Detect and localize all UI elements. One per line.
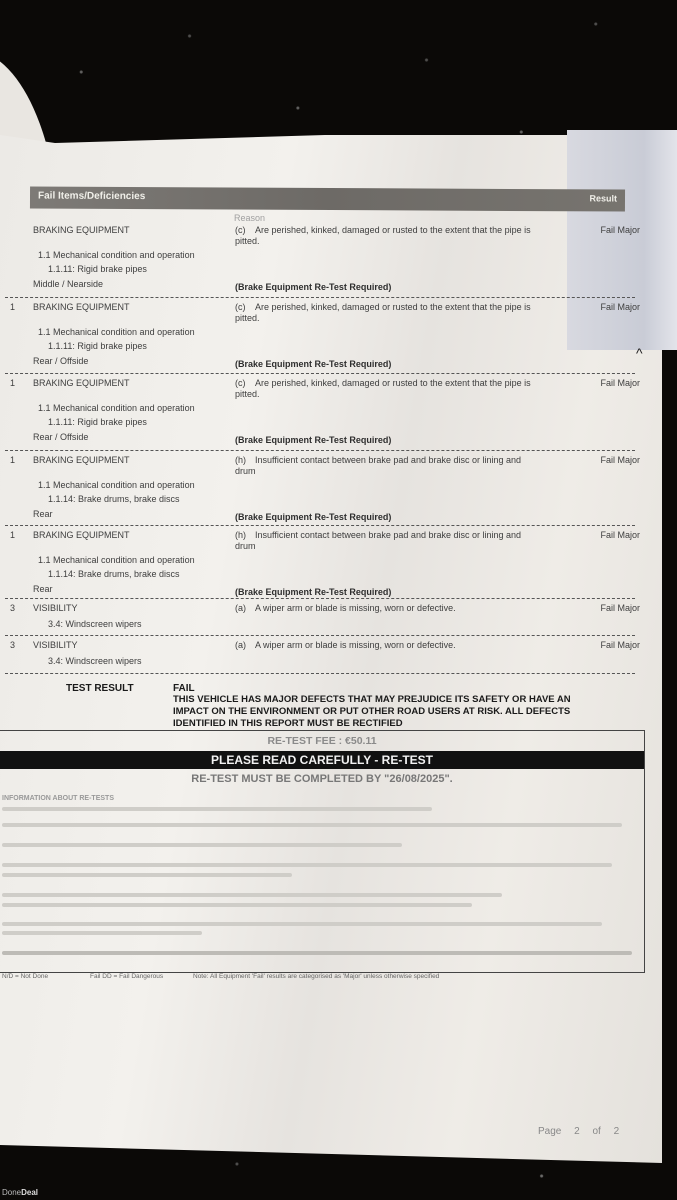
reason-code: (c) (235, 225, 255, 236)
retest-info-text (2, 931, 202, 935)
retest-info-text (2, 863, 612, 867)
retest-info-heading: INFORMATION ABOUT RE-TESTS (2, 795, 114, 802)
defect-number: 1 (10, 530, 15, 540)
defect-result: Fail Major (580, 455, 640, 465)
retest-note: (Brake Equipment Re-Test Required) (235, 282, 391, 292)
defect-section: 1.1 Mechanical condition and operation (38, 250, 195, 260)
retest-banner: PLEASE READ CAREFULLY - RE-TEST (0, 751, 644, 769)
retest-info-text (2, 903, 472, 907)
test-result-message: THIS VEHICLE HAS MAJOR DEFECTS THAT MAY … (173, 694, 573, 730)
defect-item: 1.1.14: Brake drums, brake discs (48, 494, 180, 504)
defect-result: Fail Major (580, 225, 640, 235)
legend-not-done: N/D = Not Done (2, 973, 48, 980)
retest-information-box: RE-TEST FEE : €50.11 PLEASE READ CAREFUL… (0, 730, 645, 973)
defect-result: Fail Major (580, 603, 640, 613)
defect-reason: (h)Insufficient contact between brake pa… (235, 530, 535, 552)
row-divider (5, 525, 635, 526)
row-divider (5, 373, 635, 374)
defect-item: 1.1.11: Rigid brake pipes (48, 341, 147, 351)
defect-category: VISIBILITY (33, 603, 78, 613)
row-divider (5, 598, 635, 599)
defect-category: BRAKING EQUIPMENT (33, 225, 130, 235)
defect-location: Rear (33, 584, 53, 594)
defect-reason: (c)Are perished, kinked, damaged or rust… (235, 302, 535, 324)
page-number: Page 2 of 2 (538, 1126, 619, 1137)
defect-number: 1 (10, 455, 15, 465)
folded-paper-edge (567, 130, 677, 350)
retest-info-text (2, 823, 622, 827)
reason-code: (h) (235, 530, 255, 541)
defect-category: BRAKING EQUIPMENT (33, 530, 130, 540)
defect-location: Rear / Offside (33, 356, 88, 366)
defect-reason: (a)A wiper arm or blade is missing, worn… (235, 640, 535, 651)
defect-result: Fail Major (580, 640, 640, 650)
defect-section: 1.1 Mechanical condition and operation (38, 480, 195, 490)
retest-info-text (2, 951, 632, 955)
defect-section: 1.1 Mechanical condition and operation (38, 327, 195, 337)
retest-info-text (2, 843, 402, 847)
row-divider (5, 635, 635, 636)
row-divider (5, 297, 635, 298)
result-column-header: Result (589, 193, 617, 203)
test-result-label: TEST RESULT (66, 683, 134, 694)
watermark: DoneDeal (2, 1188, 38, 1197)
defect-category: BRAKING EQUIPMENT (33, 378, 130, 388)
defect-result: Fail Major (580, 302, 640, 312)
retest-note: (Brake Equipment Re-Test Required) (235, 359, 391, 369)
legend-note: Note: All Equipment 'Fail' results are c… (193, 973, 439, 980)
defect-reason: (c)Are perished, kinked, damaged or rust… (235, 225, 535, 247)
retest-info-text (2, 922, 602, 926)
reason-code: (c) (235, 378, 255, 389)
retest-info-text (2, 893, 502, 897)
defect-result: Fail Major (580, 378, 640, 388)
deficiencies-header-bar: Fail Items/Deficiencies Result (30, 186, 625, 211)
reason-code: (a) (235, 640, 255, 651)
retest-info-text (2, 873, 292, 877)
defect-number: 3 (10, 640, 15, 650)
row-divider (5, 673, 635, 674)
defect-item: 1.1.14: Brake drums, brake discs (48, 569, 180, 579)
reason-column-header: Reason (234, 213, 265, 223)
defect-reason: (a)A wiper arm or blade is missing, worn… (235, 603, 535, 614)
defect-location: Rear / Offside (33, 432, 88, 442)
legend-fail-dangerous: Fail DD = Fail Dangerous (90, 973, 163, 980)
reason-code: (h) (235, 455, 255, 466)
section-title: Fail Items/Deficiencies (38, 190, 145, 202)
defect-item: 1.1.11: Rigid brake pipes (48, 264, 147, 274)
defect-category: BRAKING EQUIPMENT (33, 302, 130, 312)
defect-location: Middle / Nearside (33, 279, 103, 289)
defect-number: 1 (10, 378, 15, 388)
defect-result: Fail Major (580, 530, 640, 540)
defect-reason: (c)Are perished, kinked, damaged or rust… (235, 378, 535, 400)
defect-item: 1.1.11: Rigid brake pipes (48, 417, 147, 427)
retest-note: (Brake Equipment Re-Test Required) (235, 435, 391, 445)
retest-deadline: RE-TEST MUST BE COMPLETED BY "26/08/2025… (0, 773, 644, 785)
retest-info-text (2, 807, 432, 811)
defect-section: 1.1 Mechanical condition and operation (38, 403, 195, 413)
defect-item: 3.4: Windscreen wipers (48, 619, 142, 629)
reason-code: (a) (235, 603, 255, 614)
defect-item: 3.4: Windscreen wipers (48, 656, 142, 666)
retest-note: (Brake Equipment Re-Test Required) (235, 587, 391, 597)
defect-section: 1.1 Mechanical condition and operation (38, 555, 195, 565)
retest-fee: RE-TEST FEE : €50.11 (0, 735, 644, 747)
row-divider (5, 450, 635, 451)
defect-number: 3 (10, 603, 15, 613)
test-result-value: FAIL (173, 683, 195, 694)
defect-category: VISIBILITY (33, 640, 78, 650)
defect-number: 1 (10, 302, 15, 312)
reason-code: (c) (235, 302, 255, 313)
defect-location: Rear (33, 509, 53, 519)
pen-mark: ^ (636, 345, 643, 361)
defect-reason: (h)Insufficient contact between brake pa… (235, 455, 535, 477)
retest-note: (Brake Equipment Re-Test Required) (235, 512, 391, 522)
defect-category: BRAKING EQUIPMENT (33, 455, 130, 465)
